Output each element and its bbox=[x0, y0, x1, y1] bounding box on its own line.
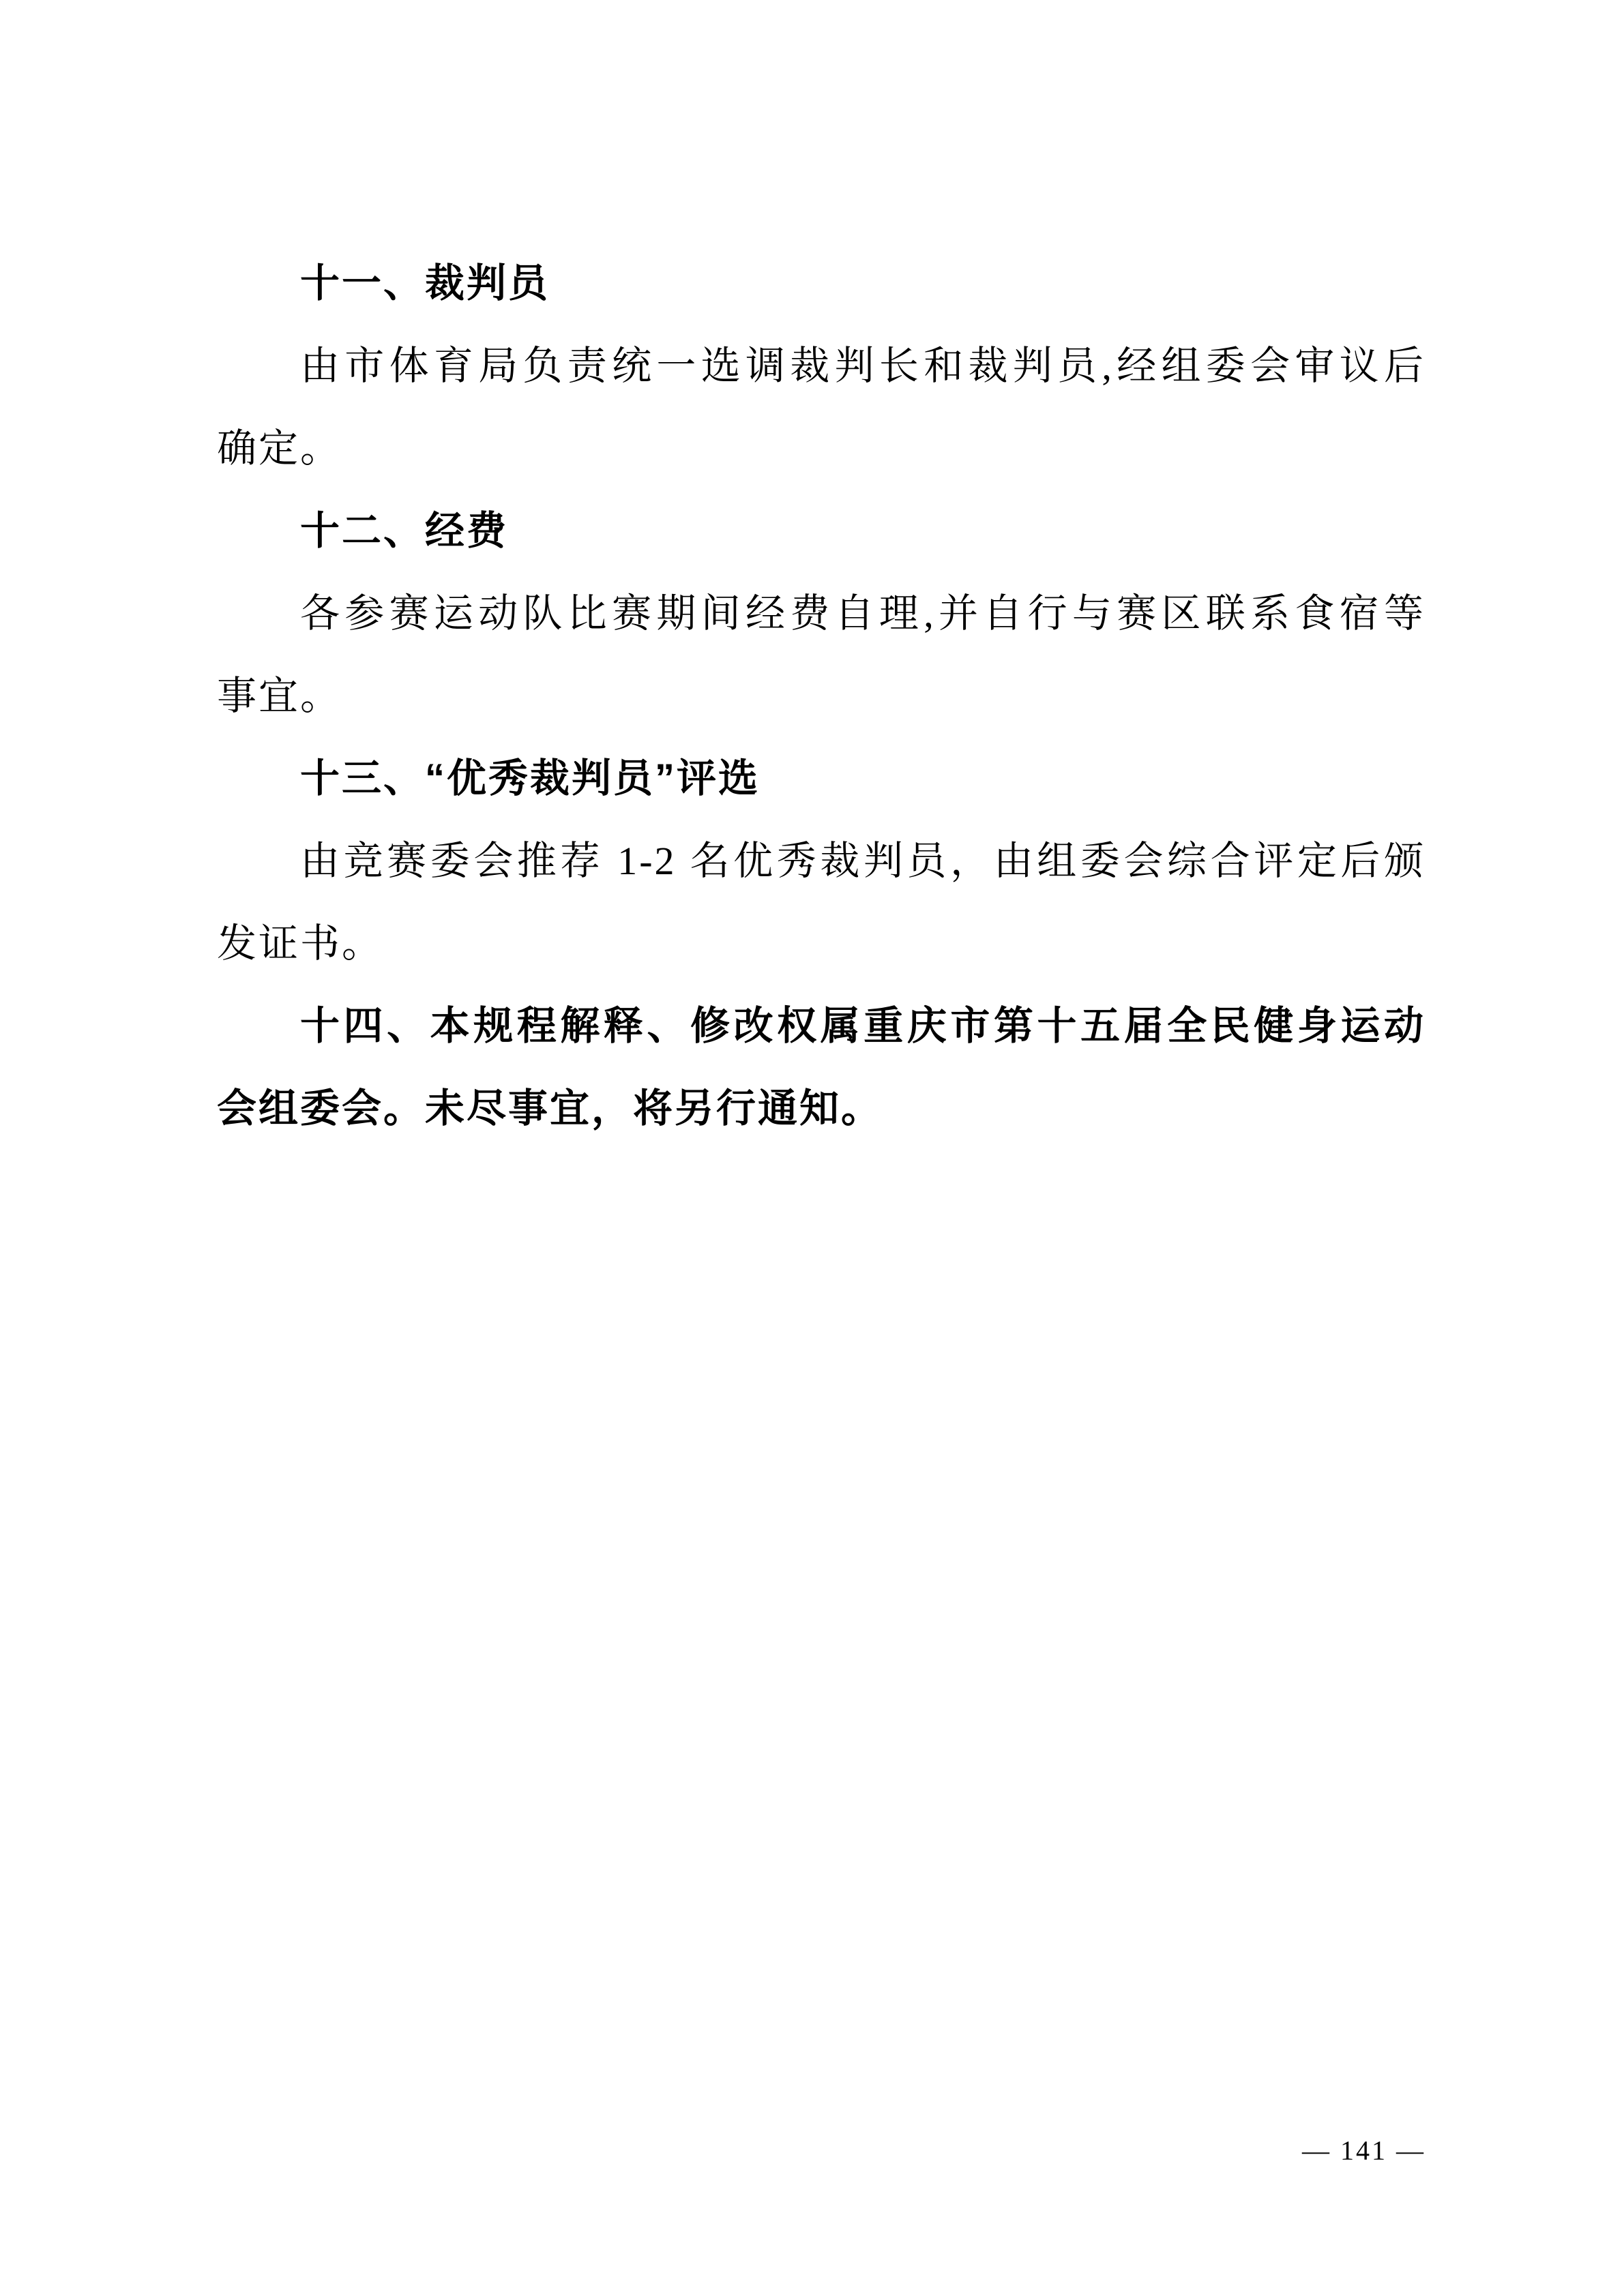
section-13-paragraph-line-2: 发证书。 bbox=[217, 902, 1426, 985]
section-11-paragraph-line-1: 由市体育局负责统一选调裁判长和裁判员,经组委会审议后 bbox=[217, 325, 1426, 407]
section-12-heading: 十二、经费 bbox=[217, 490, 1426, 572]
section-11-paragraph-line-2: 确定。 bbox=[217, 407, 1426, 490]
page-number: — 141 — bbox=[217, 2134, 1426, 2166]
section-12-paragraph-line-1: 各参赛运动队比赛期间经费自理,并自行与赛区联系食宿等 bbox=[217, 572, 1426, 655]
section-13-paragraph-line-1: 由竞赛委会推荐 1-2 名优秀裁判员，由组委会综合评定后颁 bbox=[217, 820, 1426, 902]
section-12-paragraph-line-2: 事宜。 bbox=[217, 655, 1426, 737]
document-body: 十一、裁判员 由市体育局负责统一选调裁判长和裁判员,经组委会审议后 确定。 十二… bbox=[217, 242, 1426, 1150]
document-page: 十一、裁判员 由市体育局负责统一选调裁判长和裁判员,经组委会审议后 确定。 十二… bbox=[0, 0, 1624, 2296]
section-13-heading: 十三、“优秀裁判员”评选 bbox=[217, 737, 1426, 820]
section-11-heading: 十一、裁判员 bbox=[217, 242, 1426, 325]
section-14-heading-line-1: 十四、本规程解释、修改权属重庆市第十五届全民健身运动 bbox=[217, 985, 1426, 1067]
section-14-heading-line-2: 会组委会。未尽事宜，将另行通知。 bbox=[217, 1067, 1426, 1150]
